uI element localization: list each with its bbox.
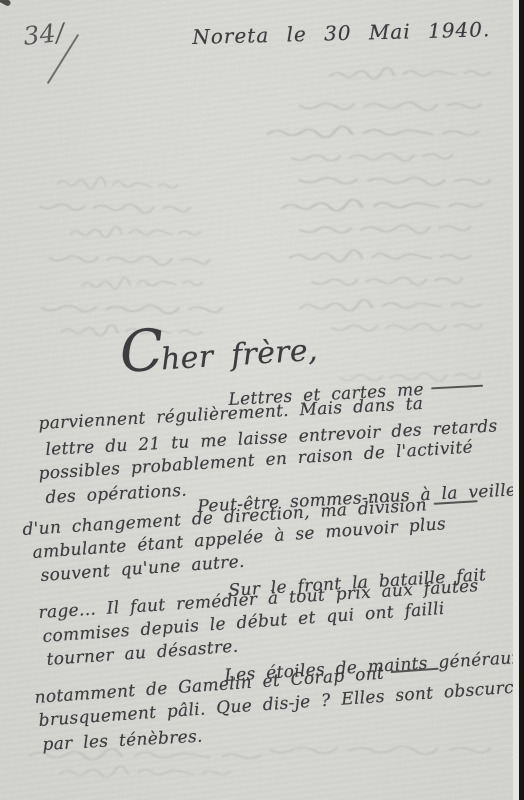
scan-edge (519, 0, 524, 800)
salutation: Cher frère, (118, 308, 319, 386)
pen-stroke (434, 500, 478, 505)
scanned-letter-page: 34/ Noreta le 30 Mai 1940. Cher frère, L… (0, 0, 524, 800)
page-number-annotation: 34/ (22, 18, 66, 51)
pen-stroke (431, 385, 483, 390)
pen-stroke (391, 668, 439, 673)
